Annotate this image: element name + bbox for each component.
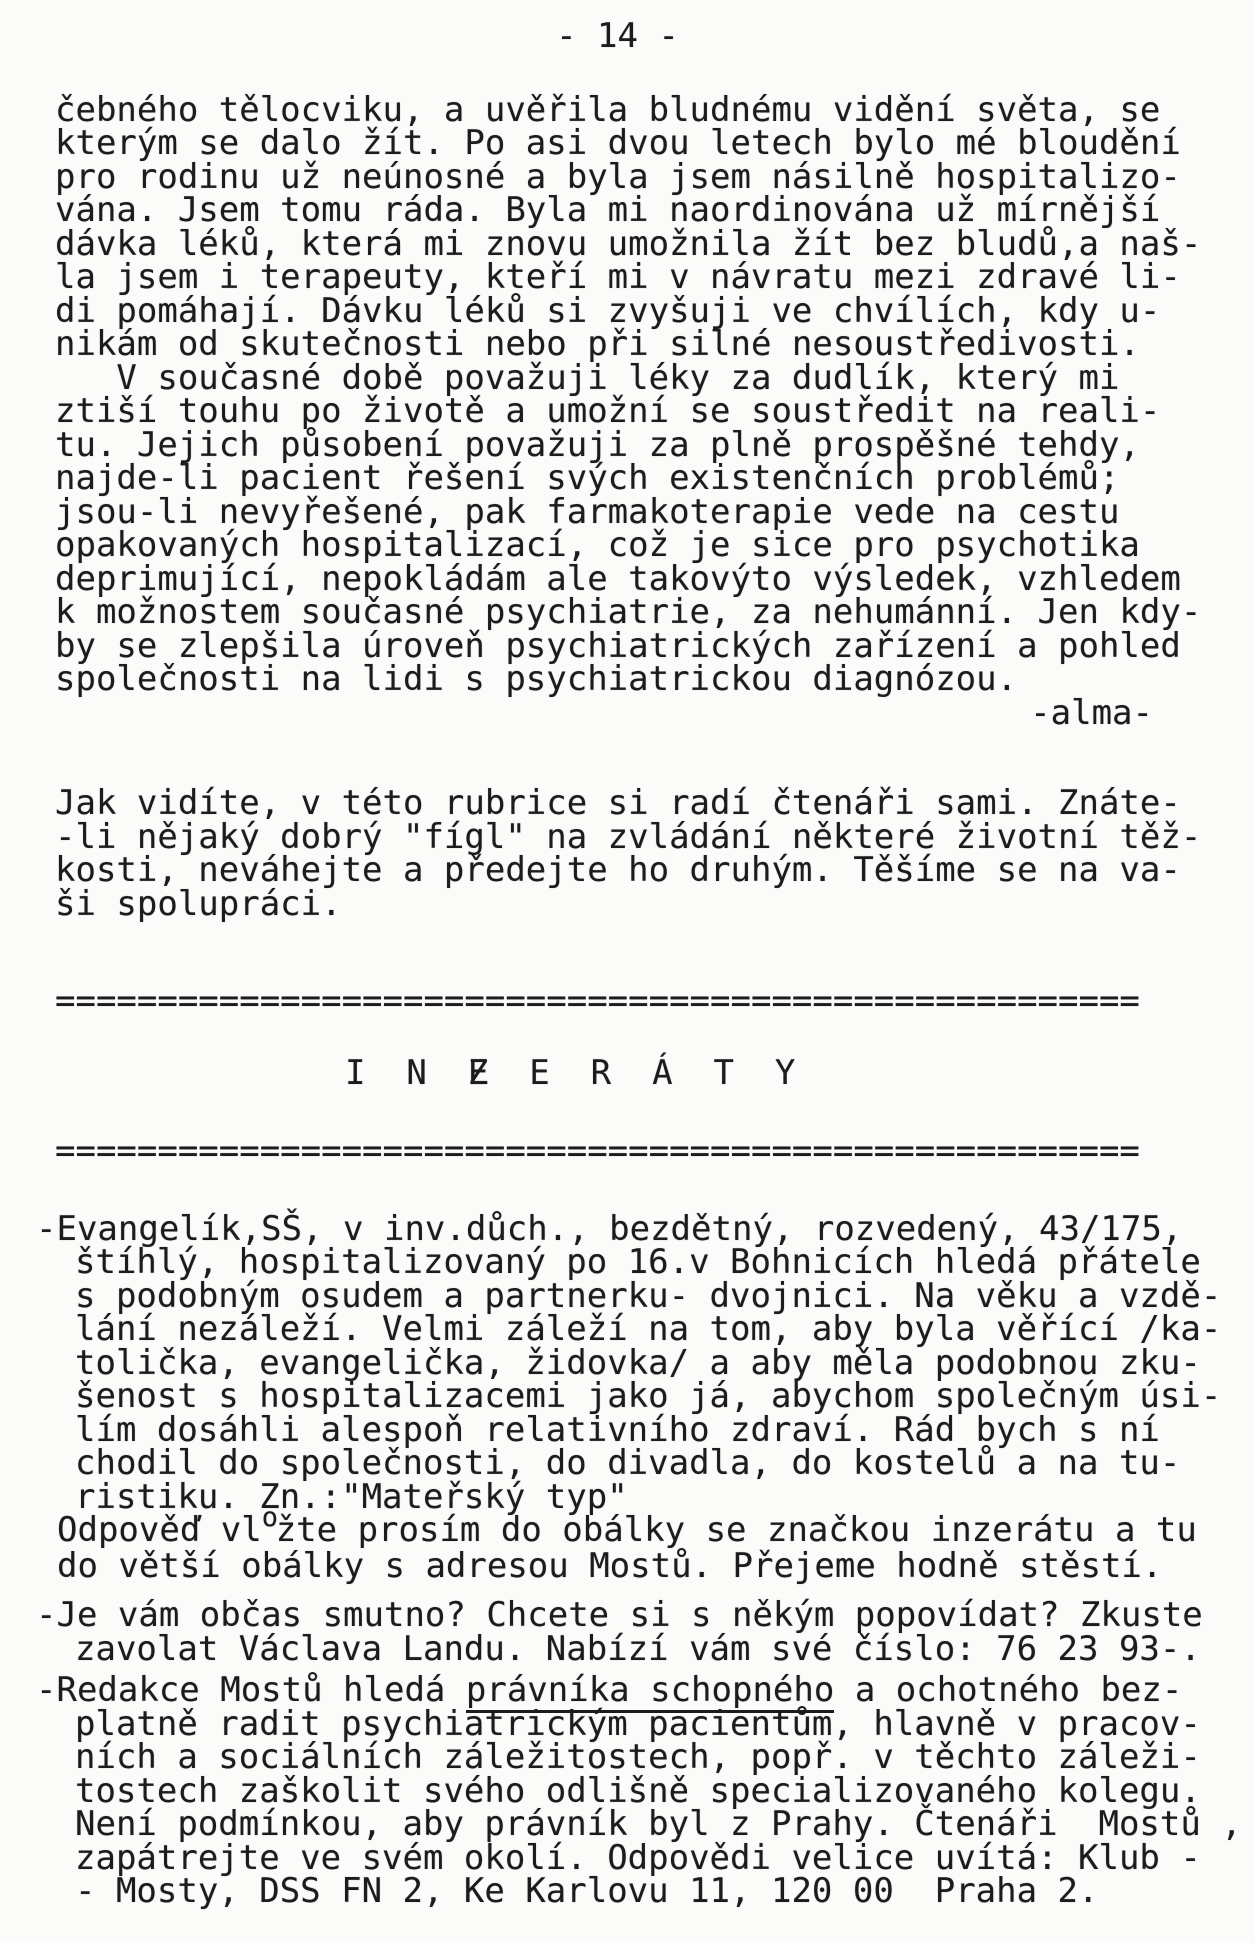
ad-line: štíhlý, hospitalizovaný po 16.v Bohnicíc… [36, 1246, 1255, 1280]
section-separator-bottom: ========================================… [55, 1135, 1255, 1169]
ad-line: do větší obálky s adresou Mostů. Přejeme… [36, 1550, 1255, 1584]
article-line: kterým se dalo žít. Po asi dvou letech b… [55, 127, 1255, 161]
heading-pre: I N [345, 1053, 468, 1093]
ad-line-with-correction: Odpověď vložte prosím do obálky se značk… [36, 1514, 1255, 1550]
article-line: k možnostem současné psychiatrie, za neh… [55, 596, 1255, 630]
editor-note-line: kosti, neváhejte a předejte ho druhým. T… [55, 854, 1255, 888]
ad-line: -Evangelík,SŠ, v inv.důch., bezdětný, ro… [36, 1213, 1255, 1247]
article-line: pro rodinu už neúnosné a byla jsem násil… [55, 161, 1255, 195]
article-paragraph: čebného tělocviku, a uvěřila bludnému vi… [55, 94, 1255, 731]
article-signature: -alma- [55, 697, 1255, 731]
ad-line: zavolat Václava Landu. Nabízí vám své čí… [36, 1633, 1255, 1667]
ad-line: platně radit psychiatrickým pacientům, h… [36, 1708, 1255, 1742]
editor-note-paragraph: Jak vidíte, v této rubrice si radí čtená… [55, 787, 1255, 921]
ad-line: ních a sociálních záležitostech, popř. v… [36, 1741, 1255, 1775]
section-separator-top: ========================================… [55, 985, 1255, 1019]
ad-line: -Je vám občas smutno? Chcete si s někým … [36, 1599, 1255, 1633]
ad-listing-lawyer: -Redakce Mostů hledá právníka schopného … [36, 1674, 1255, 1909]
ad-listing-phone: -Je vám občas smutno? Chcete si s někým … [36, 1599, 1255, 1666]
ad-line-with-underline: -Redakce Mostů hledá právníka schopného … [36, 1674, 1255, 1708]
editor-note-line: Jak vidíte, v této rubrice si radí čtená… [55, 787, 1255, 821]
ad-line: Není podmínkou, aby právník byl z Prahy.… [36, 1808, 1255, 1842]
ad-line: tostech zaškolit svého odlišně specializ… [36, 1775, 1255, 1809]
article-line: opakovaných hospitalizací, což je sice p… [55, 529, 1255, 563]
article-line: di pomáhají. Dávku léků si zvyšuji ve ch… [55, 295, 1255, 329]
overstruck-letter: ZE [468, 1057, 488, 1091]
editor-note-line: ši spolupráci. [55, 888, 1255, 922]
ad-line: lím dosáhli alespoň relativního zdraví. … [36, 1414, 1255, 1448]
ad-line: tolička, evangelička, židovka/ a aby měl… [36, 1347, 1255, 1381]
ad-line-pre: Odpověď vl [57, 1510, 262, 1550]
article-line: V současné době považuji léky za dudlík,… [55, 362, 1255, 396]
ad-line-post: žte prosím do obálky se značkou inzerátu… [276, 1510, 1197, 1550]
article-line: deprimující, nepokládám ale takovýto výs… [55, 563, 1255, 597]
ad-line: ristiku. Zn.:"Mateřský typ" [36, 1481, 1255, 1515]
article-line: nikám od skutečnosti nebo při silné neso… [55, 328, 1255, 362]
page-number: - 14 - [0, 20, 1255, 54]
ad-line: zapátrejte ve svém okolí. Odpovědi velic… [36, 1842, 1255, 1876]
article-line: čebného tělocviku, a uvěřila bludnému vi… [55, 94, 1255, 128]
ad-line: šenost s hospitalizacemi jako já, abycho… [36, 1380, 1255, 1414]
ad-line: chodil do společnosti, do divadla, do ko… [36, 1447, 1255, 1481]
section-heading: I N ZE E R Á T Y [345, 1057, 1255, 1091]
heading-post: E R Á T Y [488, 1053, 795, 1093]
article-line: najde-li pacient řešení svých existenční… [55, 462, 1255, 496]
inserted-letter-correction: o [262, 1501, 276, 1535]
ad-listing-personal: -Evangelík,SŠ, v inv.důch., bezdětný, ro… [36, 1213, 1255, 1584]
article-line: dávka léků, která mi znovu umožnila žít … [55, 228, 1255, 262]
article-line: by se zlepšila úroveň psychiatrických za… [55, 630, 1255, 664]
ad-line: lání nezáleží. Velmi záleží na tom, aby … [36, 1313, 1255, 1347]
article-line: ztiší touhu po životě a umožní se soustř… [55, 395, 1255, 429]
ad-line: s podobným osudem a partnerku- dvojnici.… [36, 1280, 1255, 1314]
article-line: společnosti na lidi s psychiatrickou dia… [55, 663, 1255, 697]
ad-line: - Mosty, DSS FN 2, Ke Karlovu 11, 120 00… [36, 1875, 1255, 1909]
article-line: tu. Jejich působení považuji za plně pro… [55, 429, 1255, 463]
article-line: la jsem i terapeuty, kteří mi v návratu … [55, 261, 1255, 295]
overstrike-top: E [468, 1057, 488, 1091]
article-line: jsou-li nevyřešené, pak farmakoterapie v… [55, 496, 1255, 530]
article-line: vána. Jsem tomu ráda. Byla mi naordinová… [55, 194, 1255, 228]
editor-note-line: -li nějaký dobrý "fígl" na zvládání někt… [55, 821, 1255, 855]
